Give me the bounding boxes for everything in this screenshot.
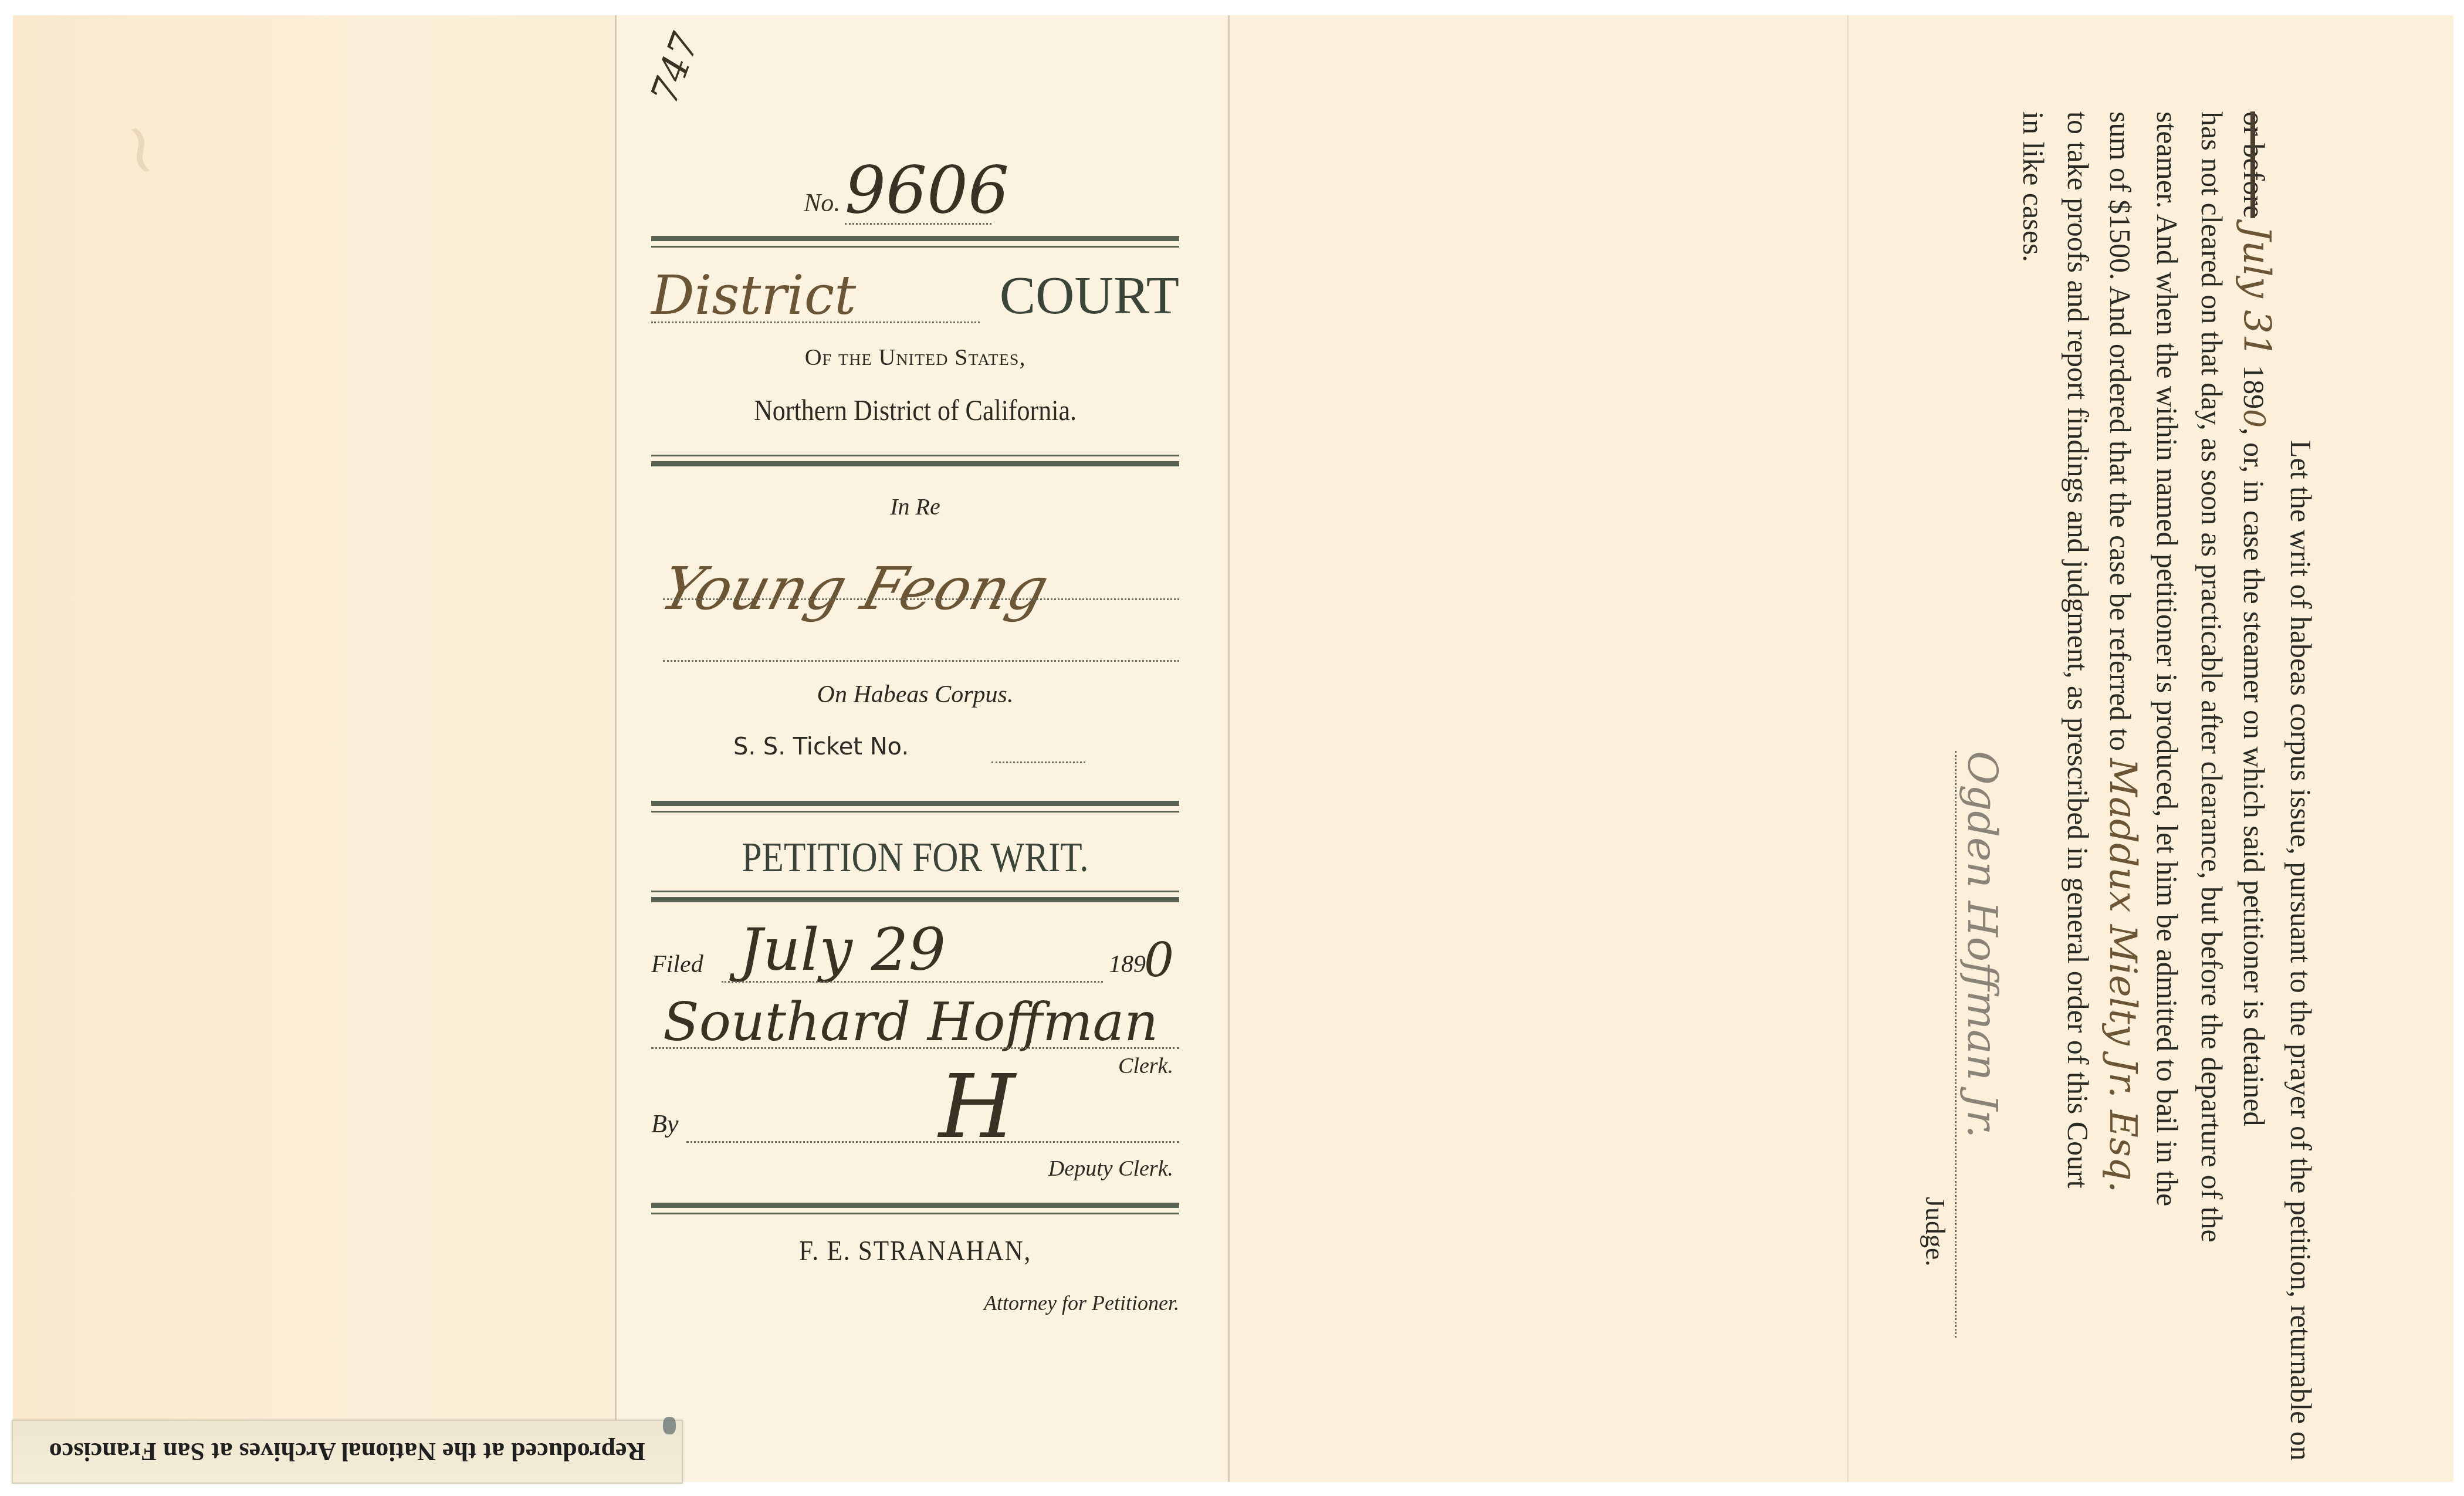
referee-name-handwritten: Maddux Mielty Jr. Esq. (2101, 758, 2144, 1193)
filed-year-handwritten: 0 (1144, 933, 1174, 987)
case-number-label: No. (804, 188, 840, 218)
fold-line (615, 15, 617, 1482)
attorney-label: Attorney for Petitioner. (984, 1291, 1179, 1315)
court-printed: COURT (1000, 264, 1179, 326)
case-number-line (845, 223, 991, 225)
ticket-number-line (991, 761, 1085, 763)
double-rule (651, 236, 1179, 248)
in-re-label: In Re (651, 493, 1179, 520)
return-year-handwritten: 0 (2237, 409, 2271, 428)
judge-signature: Ogden Hoffman Jr. (1958, 751, 2006, 1138)
order-line-2: or before July 31 1890, or, in case the … (2234, 111, 2279, 1355)
return-year-printed: 189 (2238, 365, 2270, 409)
filed-year-printed: 189 (1109, 950, 1146, 979)
case-number-value: 9606 (845, 153, 1009, 228)
petitioner-line-2 (663, 660, 1179, 662)
struck-text: or before (2238, 111, 2270, 218)
case-number: No. 9606 (804, 158, 1097, 223)
order-line-6: to take proofs and report findings and j… (2056, 111, 2100, 1355)
double-rule (651, 801, 1179, 813)
fold-line (1228, 15, 1230, 1482)
clerk-label: Clerk. (1118, 1053, 1173, 1079)
double-rule (651, 891, 1179, 902)
court-subheading: Of the United States, (651, 343, 1179, 371)
filed-date: July 29 (739, 915, 946, 984)
ticket-number-label: S. S. Ticket No. (733, 733, 909, 760)
clerk-signature: Southard Hoffman (663, 991, 1158, 1053)
filed-field: Filed July 29 189 0 (651, 915, 1179, 997)
double-rule (651, 455, 1179, 466)
filed-label: Filed (651, 950, 703, 979)
order-text: Let the writ of habeas corpus issue, pur… (1995, 111, 2323, 1355)
attorney-name: F. E. STRANAHAN, (678, 1235, 1153, 1267)
order-line-1: Let the writ of habeas corpus issue, pur… (2279, 111, 2323, 1355)
by-label: By (651, 1109, 678, 1139)
cover-content: 747 No. 9606 District COURT Of the Unite… (651, 0, 1179, 1467)
return-date-handwritten: July 31 (2235, 225, 2278, 357)
court-type-handwritten: District (651, 264, 856, 327)
district-name: Northern District of California. (683, 393, 1148, 427)
ticket-number-field: S. S. Ticket No. (733, 733, 1085, 774)
archive-label-text: Reproduced at the National Archives at S… (13, 1421, 682, 1483)
blank-panel (1229, 15, 1848, 1482)
left-blank-panel: ~ (13, 15, 616, 1482)
court-type-line (651, 321, 980, 323)
petitioner-name: Young Feong (654, 554, 1055, 623)
judge-signature-line (1955, 751, 1957, 1338)
tape-mark (663, 1417, 676, 1434)
deputy-clerk-label: Deputy Clerk. (1048, 1156, 1173, 1182)
court-heading: District COURT (651, 258, 1179, 329)
order-line-5: sum of $1500. And ordered that the case … (2100, 111, 2145, 1355)
document-title: PETITION FOR WRIT. (691, 833, 1140, 882)
order-line-4: steamer. And when the within named petit… (2145, 111, 2189, 1355)
fold-line (1847, 15, 1849, 1482)
order-line-7: in like cases. (2011, 111, 2056, 1355)
bleed-through-text: ~ (97, 114, 187, 186)
order-line-3: has not cleared on that day, as soon as … (2189, 111, 2234, 1355)
order-text-block: Let the writ of habeas corpus issue, pur… (1995, 111, 2323, 1355)
archive-label: Reproduced at the National Archives at S… (12, 1420, 683, 1484)
double-rule (651, 1203, 1179, 1214)
judge-signature-block: Ogden Hoffman Jr. Judge. (1913, 751, 2006, 1338)
on-habeas-corpus: On Habeas Corpus. (651, 681, 1179, 709)
clerk-line (651, 1047, 1179, 1049)
filed-date-line (722, 981, 1103, 983)
judge-label: Judge. (1920, 1197, 1951, 1267)
petitioner-line (663, 598, 1179, 600)
deputy-line (686, 1141, 1179, 1143)
margin-note: 747 (642, 28, 708, 110)
deputy-signature: H (939, 1056, 1016, 1158)
